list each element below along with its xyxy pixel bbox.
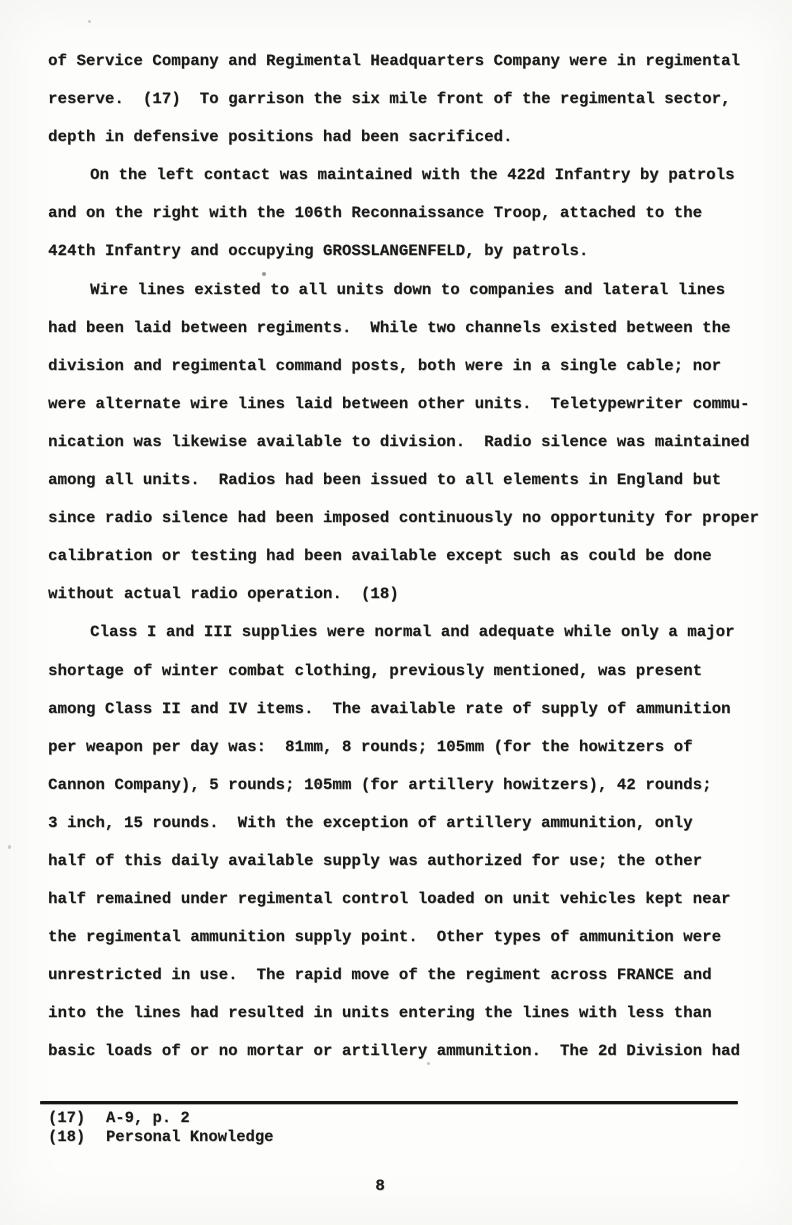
body-text: of Service Company and Regimental Headqu… [48, 42, 768, 1071]
text-line: the regimental ammunition supply point. … [48, 918, 768, 956]
text-line: depth in defensive positions had been sa… [48, 118, 768, 156]
text-line: among Class II and IV items. The availab… [48, 690, 768, 728]
document-page: of Service Company and Regimental Headqu… [0, 0, 792, 1225]
text-line: half of this daily available supply was … [48, 842, 768, 880]
text-line: since radio silence had been imposed con… [48, 499, 768, 537]
footnote-number: (17) [48, 1109, 106, 1128]
scan-speck [427, 1062, 430, 1065]
text-line: unrestricted in use. The rapid move of t… [48, 956, 768, 994]
paragraph: Class I and III supplies were normal and… [48, 613, 768, 1070]
paragraph-continued: of Service Company and Regimental Headqu… [48, 42, 768, 156]
text-line: shortage of winter combat clothing, prev… [48, 652, 768, 690]
text-line: were alternate wire lines laid between o… [48, 385, 768, 423]
footnotes-section: (17) A-9, p. 2 (18) Personal Knowledge [40, 1101, 740, 1146]
text-line: Wire lines existed to all units down to … [48, 271, 768, 309]
paragraph: On the left contact was maintained with … [48, 156, 768, 270]
text-line: 424th Infantry and occupying GROSSLANGEN… [48, 232, 768, 270]
footnote: (18) Personal Knowledge [40, 1128, 740, 1147]
footnote-number: (18) [48, 1128, 106, 1147]
text-line: half remained under regimental control l… [48, 880, 768, 918]
text-line: without actual radio operation. (18) [48, 575, 768, 613]
text-line: per weapon per day was: 81mm, 8 rounds; … [48, 728, 768, 766]
scan-speck [262, 272, 266, 276]
text-line: reserve. (17) To garrison the six mile f… [48, 80, 768, 118]
text-line: calibration or testing had been availabl… [48, 537, 768, 575]
text-line: On the left contact was maintained with … [48, 156, 768, 194]
footnote: (17) A-9, p. 2 [40, 1109, 740, 1128]
text-line: of Service Company and Regimental Headqu… [48, 42, 768, 80]
scan-speck [88, 20, 91, 23]
text-line: had been laid between regiments. While t… [48, 309, 768, 347]
text-line: 3 inch, 15 rounds. With the exception of… [48, 804, 768, 842]
text-line: nication was likewise available to divis… [48, 423, 768, 461]
text-line: among all units. Radios had been issued … [48, 461, 768, 499]
text-line: Class I and III supplies were normal and… [48, 613, 768, 651]
page-number: 8 [0, 1176, 760, 1196]
footnote-text: Personal Knowledge [106, 1128, 273, 1147]
scan-speck [8, 845, 11, 849]
text-line: into the lines had resulted in units ent… [48, 994, 768, 1032]
text-line: and on the right with the 106th Reconnai… [48, 194, 768, 232]
paragraph: Wire lines existed to all units down to … [48, 271, 768, 614]
footnote-text: A-9, p. 2 [106, 1109, 190, 1128]
text-line: basic loads of or no mortar or artillery… [48, 1032, 768, 1070]
footnote-separator-rule [40, 1101, 738, 1104]
text-line: Cannon Company), 5 rounds; 105mm (for ar… [48, 766, 768, 804]
text-line: division and regimental command posts, b… [48, 347, 768, 385]
